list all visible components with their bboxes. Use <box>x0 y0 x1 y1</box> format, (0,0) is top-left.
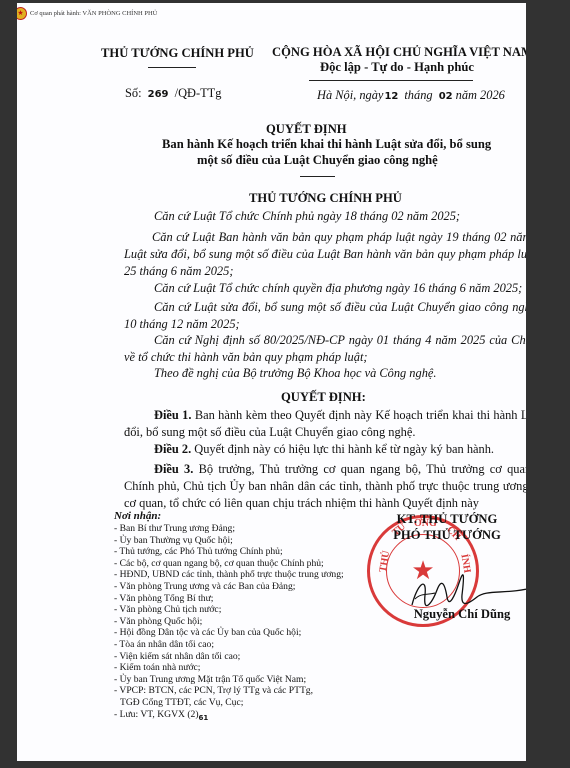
preamble-4: Căn cứ Luật sửa đổi, bổ sung một số điều… <box>124 299 526 333</box>
preamble-1: Căn cứ Luật Tổ chức Chính phủ ngày 18 th… <box>124 208 526 225</box>
document-date: Hà Nội, ngày12tháng 02năm 2026 <box>317 88 505 103</box>
recipient-item: - Viện kiểm sát nhân dân tối cao; <box>114 651 344 663</box>
article-2: Điều 2. Quyết định này có hiệu lực thi h… <box>124 441 526 458</box>
national-emblem-icon: ★ <box>17 7 27 20</box>
issuing-authority: THỦ TƯỚNG CHÍNH PHỦ <box>101 46 254 61</box>
preamble-5: Căn cứ Nghị định số 80/2025/NĐ-CP ngày 0… <box>124 332 526 366</box>
signature-title-1: KT. THỦ TƯỚNG <box>397 512 498 527</box>
authority-heading: THỦ TƯỚNG CHÍNH PHỦ <box>249 191 402 206</box>
recipient-item: - Hội đồng Dân tộc và các Ủy ban của Quố… <box>114 627 344 639</box>
recipient-item: - Tòa án nhân dân tối cao; <box>114 639 344 651</box>
decides-heading: QUYẾT ĐỊNH: <box>281 390 366 405</box>
subject-line-1: Ban hành Kế hoạch triển khai thi hành Lu… <box>162 137 491 152</box>
recipient-item: TGĐ Cổng TTĐT, các Vụ, Cục; <box>114 697 344 709</box>
recipients-header: Nơi nhận: <box>114 509 344 523</box>
recipient-item: - Các bộ, cơ quan ngang bộ, cơ quan thuộ… <box>114 558 344 570</box>
signature-title-2: PHÓ THỦ TƯỚNG <box>393 528 501 543</box>
article-3: Điều 3. Bộ trưởng, Thủ trưởng cơ quan ng… <box>124 461 526 512</box>
document-page: ★ Cơ quan phát hành: VĂN PHÒNG CHÍNH PHỦ… <box>17 3 526 761</box>
recipient-item: - Ban Bí thư Trung ương Đảng; <box>114 523 344 535</box>
recipient-item: - Lưu: VT, KGVX (2)61 <box>114 709 344 725</box>
preamble-6: Theo đề nghị của Bộ trưởng Bộ Khoa học v… <box>124 365 526 382</box>
archive-count: 61 <box>199 713 209 721</box>
recipient-item: - Văn phòng Trung ương và các Ban của Đả… <box>114 581 344 593</box>
preamble-3: Căn cứ Luật Tổ chức chính quyền địa phươ… <box>124 280 526 297</box>
recipient-item: - Kiểm toán nhà nước; <box>114 662 344 674</box>
article-1: Điều 1. Ban hành kèm theo Quyết định này… <box>124 407 526 441</box>
recipient-item: - Văn phòng Quốc hội; <box>114 616 344 628</box>
recipient-item: - HĐND, UBND các tỉnh, thành phố trực th… <box>114 569 344 581</box>
subject-line-2: một số điều của Luật Chuyển giao công ng… <box>197 153 438 168</box>
recipient-item: - Ủy ban Thường vụ Quốc hội; <box>114 535 344 547</box>
recipient-item: - Văn phòng Chủ tịch nước; <box>114 604 344 616</box>
national-motto: Độc lập - Tự do - Hạnh phúc <box>320 60 474 75</box>
recipient-item: - VPCP: BTCN, các PCN, Trợ lý TTg và các… <box>114 685 344 697</box>
title-rule <box>300 176 335 177</box>
country-name: CỘNG HÒA XÃ HỘI CHỦ NGHĨA VIỆT NAM <box>272 45 526 60</box>
issuer-bar: ★ Cơ quan phát hành: VĂN PHÒNG CHÍNH PHỦ <box>17 5 157 21</box>
document-type: QUYẾT ĐỊNH <box>266 122 347 137</box>
signer-name: Nguyễn Chí Dũng <box>414 607 511 622</box>
number-handwritten: 269 <box>148 89 169 100</box>
recipient-item: - Thủ tướng, các Phó Thủ tướng Chính phủ… <box>114 546 344 558</box>
issuer-label: Cơ quan phát hành: VĂN PHÒNG CHÍNH PHỦ <box>30 10 157 17</box>
header-right-rule <box>309 80 473 81</box>
document-number: Số: 269 /QĐ-TTg <box>125 86 221 101</box>
header-left-rule <box>148 67 196 68</box>
recipient-item: - Ủy ban Trung ương Mặt trận Tổ quốc Việ… <box>114 674 344 686</box>
recipients-list: Nơi nhận: - Ban Bí thư Trung ương Đảng; … <box>114 509 344 724</box>
preamble-2: Căn cứ Luật Ban hành văn bản quy phạm ph… <box>124 229 526 280</box>
recipient-item: - Văn phòng Tổng Bí thư; <box>114 593 344 605</box>
